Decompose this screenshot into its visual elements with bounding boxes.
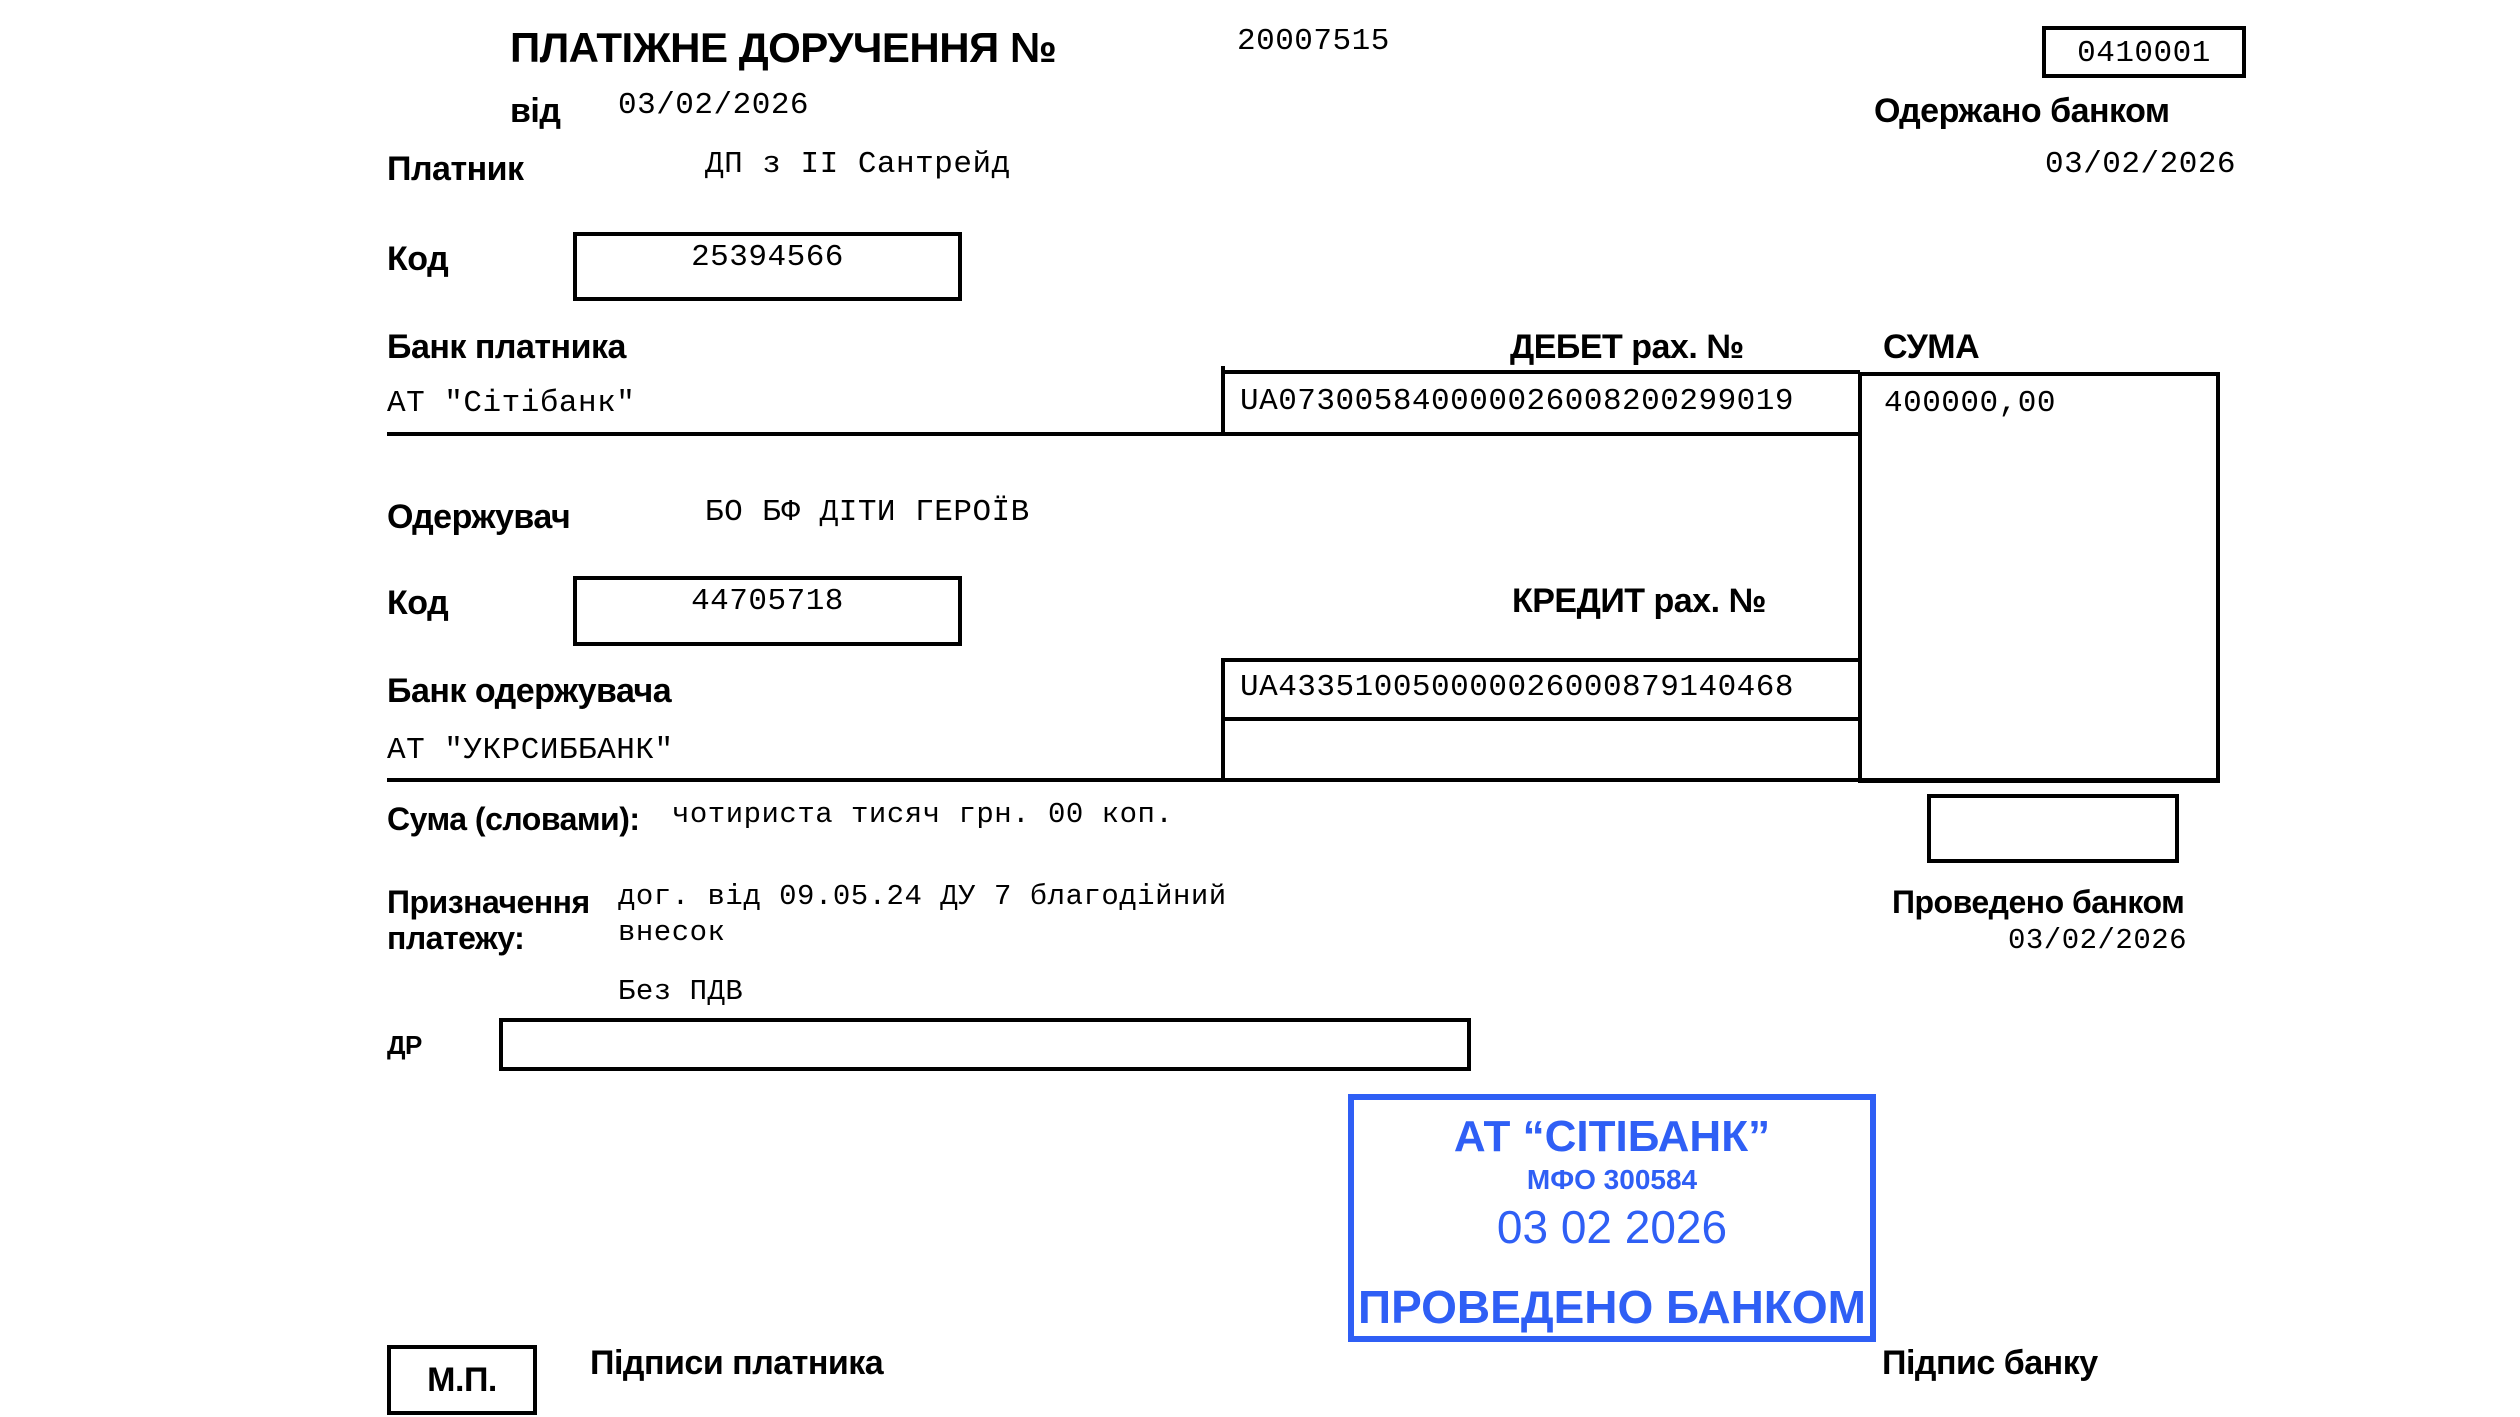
credit-account: UA433510050000026000879140468 [1240, 670, 1794, 705]
dr-field [499, 1018, 1471, 1071]
amount-label: СУМА [1883, 328, 1979, 367]
recipient-label: Одержувач [387, 498, 570, 537]
amount-words: чотириста тисяч грн. 00 коп. [672, 798, 1173, 831]
recipient-code: 44705718 [577, 584, 958, 619]
bank-signature-label: Підпис банку [1882, 1344, 2098, 1383]
form-code: 0410001 [2046, 36, 2242, 71]
purpose-label-line1: Призначення [387, 884, 590, 921]
payer-name: ДП з ІІ Сантрейд [705, 147, 1011, 182]
purpose-line3: Без ПДВ [618, 975, 743, 1008]
debit-top-line [1223, 370, 1860, 374]
processed-label: Проведено банком [1892, 884, 2184, 921]
payer-code-box: 25394566 [573, 232, 962, 301]
recipient-name: БО БФ ДІТИ ГЕРОЇВ [705, 495, 1030, 530]
document-date: 03/02/2026 [618, 88, 809, 123]
debit-account: UA073005840000026008200299019 [1240, 384, 1794, 419]
recipient-code-label: Код [387, 584, 448, 623]
recipient-bank-bottom-line [387, 778, 2220, 782]
dr-label: ДР [387, 1030, 422, 1061]
document-title: ПЛАТІЖНЕ ДОРУЧЕННЯ № [510, 24, 1056, 72]
amount-box: 400000,00 [1858, 372, 2220, 783]
recipient-code-box: 44705718 [573, 576, 962, 646]
payer-label: Платник [387, 150, 524, 189]
seal-label: М.П. [391, 1361, 533, 1400]
purpose-line1: дог. від 09.05.24 ДУ 7 благодійний [618, 880, 1227, 913]
payer-code-label: Код [387, 240, 448, 279]
stamp-status: ПРОВЕДЕНО БАНКОМ [1354, 1280, 1870, 1334]
bank-mark-box [1927, 794, 2179, 863]
received-by-bank-label: Одержано банком [1874, 92, 2170, 131]
form-code-box: 0410001 [2042, 26, 2246, 78]
seal-box: М.П. [387, 1345, 537, 1415]
credit-label: КРЕДИТ рах. № [1512, 582, 1766, 621]
stamp-bank-name: АТ “СІТІБАНК” [1354, 1112, 1870, 1162]
purpose-label-line2: платежу: [387, 920, 524, 957]
debit-label: ДЕБЕТ рах. № [1510, 328, 1744, 367]
recipient-bank: АТ "УКРСИББАНК" [387, 733, 674, 768]
payer-code: 25394566 [577, 240, 958, 275]
credit-top-line [1223, 658, 1860, 662]
stamp-date: 03 02 2026 [1354, 1200, 1870, 1254]
amount-value: 400000,00 [1884, 386, 2056, 421]
payer-bank: АТ "Сітібанк" [387, 386, 635, 421]
date-label: від [510, 92, 560, 131]
bank-stamp: АТ “СІТІБАНК” МФО 300584 03 02 2026 ПРОВ… [1348, 1094, 1876, 1342]
processed-date: 03/02/2026 [2008, 924, 2187, 957]
amount-words-label: Сума (словами): [387, 801, 640, 838]
document-number: 20007515 [1237, 24, 1390, 59]
purpose-line2: внесок [618, 916, 725, 949]
payer-bank-bottom-line [387, 432, 1862, 436]
debit-left-line [1221, 366, 1225, 436]
payer-signatures-label: Підписи платника [590, 1344, 883, 1383]
received-date: 03/02/2026 [2045, 147, 2236, 182]
payer-bank-label: Банк платника [387, 328, 626, 367]
stamp-mfo: МФО 300584 [1354, 1164, 1870, 1196]
recipient-bank-label: Банк одержувача [387, 672, 671, 711]
credit-account-bottom-line [1223, 717, 1860, 721]
